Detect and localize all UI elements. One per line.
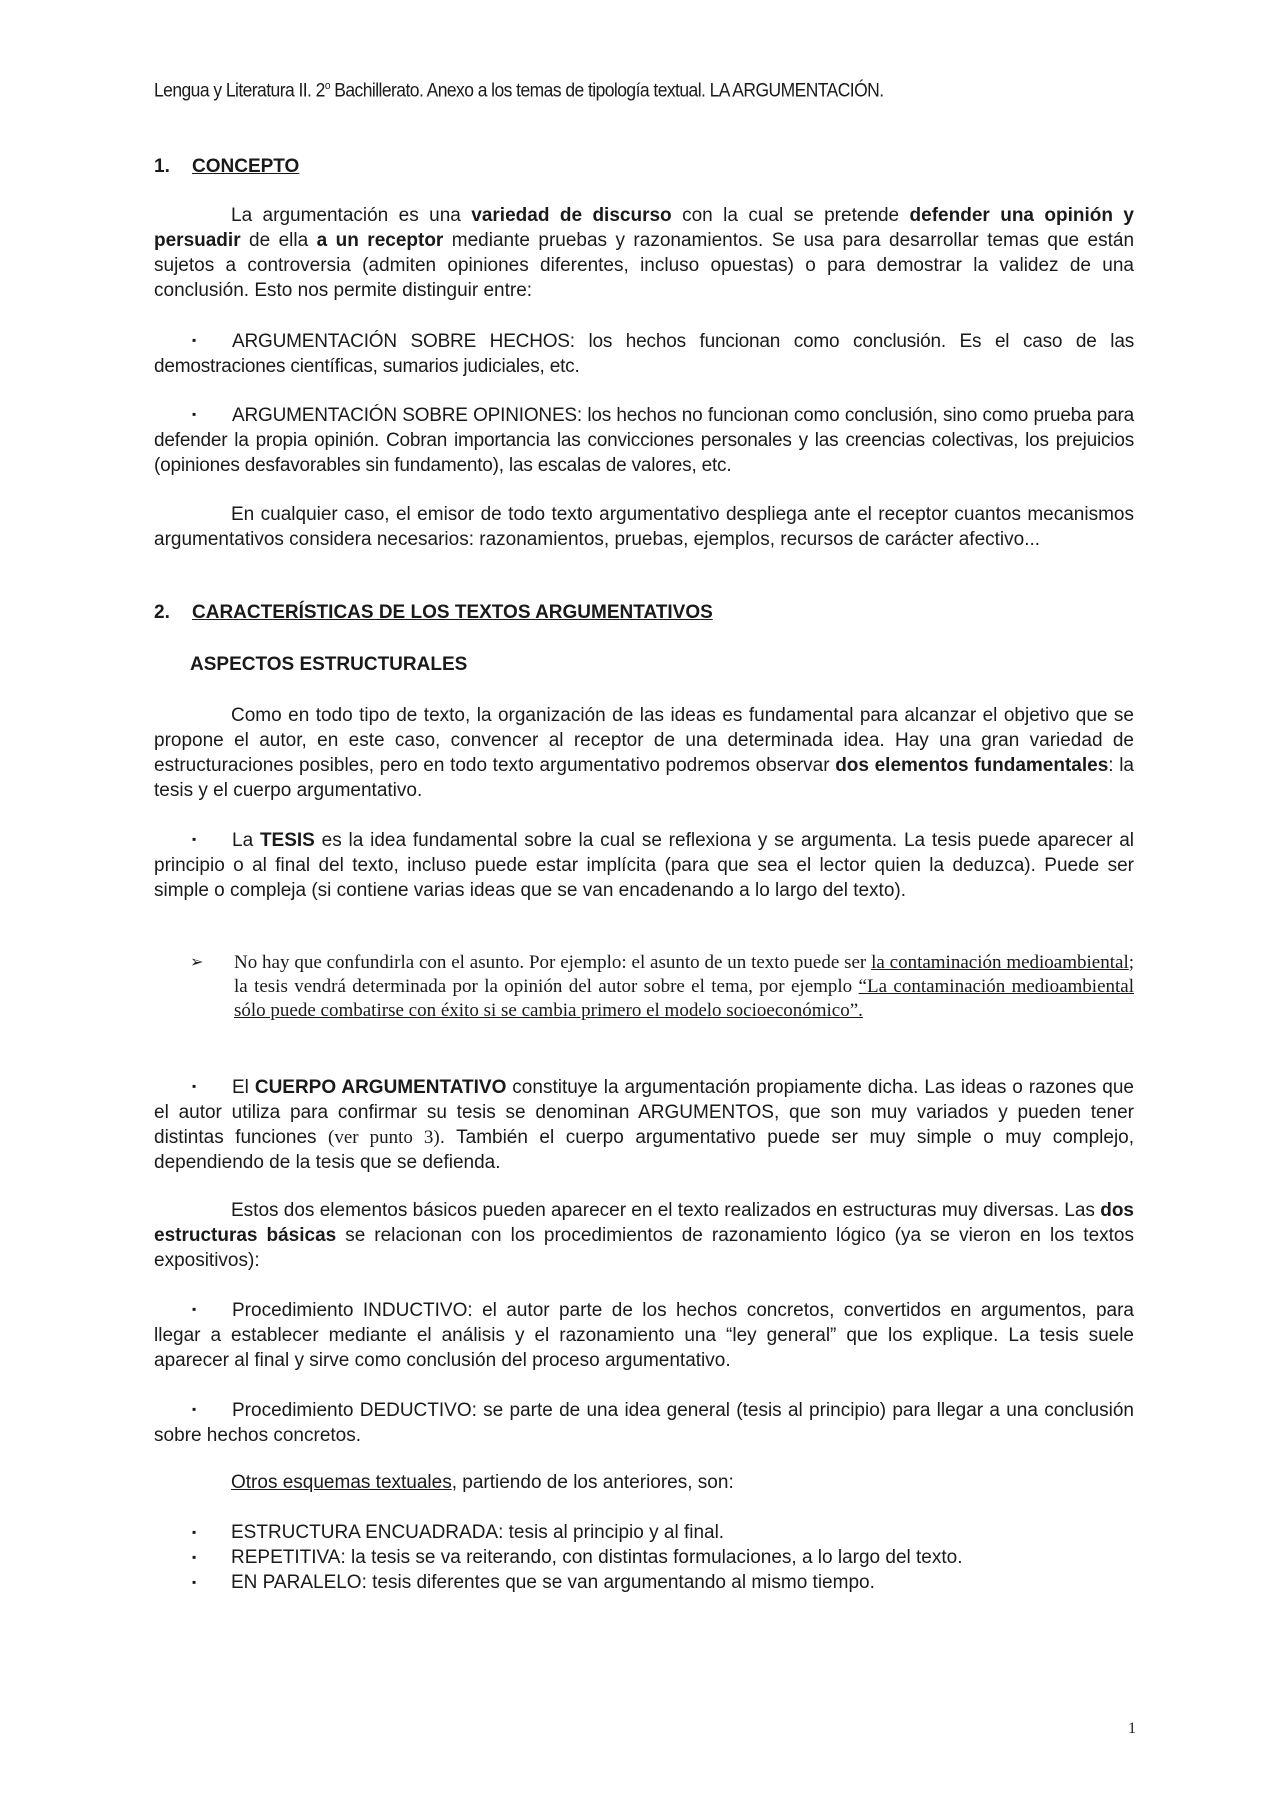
square-bullet-icon: ▪ <box>154 1074 232 1099</box>
estructuras-paragraph: Estos dos elementos básicos pueden apare… <box>154 1198 1134 1273</box>
text: de ella <box>241 230 317 251</box>
list-item: ▪EN PARALELO: tesis diferentes que se va… <box>154 1570 1134 1595</box>
square-bullet-icon: ▪ <box>154 402 232 427</box>
section-2-intro: Como en todo tipo de texto, la organizac… <box>154 703 1134 803</box>
arrow-bullet-icon: ➢ <box>190 951 203 975</box>
bullet-hechos: ▪ARGUMENTACIÓN SOBRE HECHOS: los hechos … <box>154 328 1134 379</box>
square-bullet-icon: ▪ <box>154 328 232 353</box>
bold-text: variedad de discurso <box>471 205 671 226</box>
section-1-closing: En cualquier caso, el emisor de todo tex… <box>154 502 1134 552</box>
text: La <box>232 830 260 851</box>
esquemas-list: ▪ESTRUCTURA ENCUADRADA: tesis al princip… <box>154 1520 1134 1595</box>
underlined-text: Otros esquemas textuales <box>231 1472 452 1493</box>
header-text: Lengua y Literatura II. 2 <box>154 80 325 101</box>
square-bullet-icon: ▪ <box>154 827 232 852</box>
text: , partiendo de los anteriores, son: <box>452 1472 734 1493</box>
section-number: 2. <box>154 600 192 625</box>
text: Estos dos elementos básicos pueden apare… <box>231 1200 1100 1221</box>
bullet-text: Procedimiento DEDUCTIVO: se parte de una… <box>154 1400 1134 1446</box>
header-text-rest: Bachillerato. Anexo a los temas de tipol… <box>330 80 884 101</box>
bold-text: CUERPO ARGUMENTATIVO <box>255 1077 507 1098</box>
bullet-deductivo: ▪Procedimiento DEDUCTIVO: se parte de un… <box>154 1397 1134 1448</box>
square-bullet-icon: ▪ <box>192 1520 196 1545</box>
text: El <box>232 1077 255 1098</box>
bullet-opiniones: ▪ARGUMENTACIÓN SOBRE OPINIONES: los hech… <box>154 402 1134 478</box>
cross-reference: (ver punto 3) <box>328 1127 440 1148</box>
bullet-inductivo: ▪Procedimiento INDUCTIVO: el autor parte… <box>154 1297 1134 1373</box>
page-number: 1 <box>1128 1720 1136 1738</box>
otros-esquemas-intro: Otros esquemas textuales, partiendo de l… <box>154 1470 1134 1495</box>
square-bullet-icon: ▪ <box>192 1545 196 1570</box>
bold-text: a un receptor <box>317 230 444 251</box>
bullet-tesis: ▪La TESIS es la idea fundamental sobre l… <box>154 827 1134 903</box>
section-1-intro: La argumentación es una variedad de disc… <box>154 203 1134 303</box>
section-title: CARACTERÍSTICAS DE LOS TEXTOS ARGUMENTAT… <box>192 602 713 623</box>
running-header: Lengua y Literatura II. 2o Bachillerato.… <box>154 80 884 102</box>
list-item: ▪REPETITIVA: la tesis se va reiterando, … <box>154 1545 1134 1570</box>
text: No hay que confundirla con el asunto. Po… <box>234 952 871 973</box>
bullet-cuerpo: ▪El CUERPO ARGUMENTATIVO constituye la a… <box>154 1074 1134 1175</box>
section-2-heading: 2.CARACTERÍSTICAS DE LOS TEXTOS ARGUMENT… <box>154 600 1134 625</box>
note-asunto: ➢No hay que confundirla con el asunto. P… <box>234 951 1134 1023</box>
bullet-text: Procedimiento INDUCTIVO: el autor parte … <box>154 1300 1134 1371</box>
bullet-text: ARGUMENTACIÓN SOBRE HECHOS: los hechos f… <box>154 331 1134 377</box>
list-item: ▪ESTRUCTURA ENCUADRADA: tesis al princip… <box>154 1520 1134 1545</box>
text: La argumentación es una <box>231 205 471 226</box>
subsection-heading: ASPECTOS ESTRUCTURALES <box>154 652 1170 677</box>
section-number: 1. <box>154 154 192 179</box>
underlined-text: la contaminación medioambiental <box>871 952 1129 973</box>
square-bullet-icon: ▪ <box>154 1297 232 1322</box>
list-item-text: ESTRUCTURA ENCUADRADA: tesis al principi… <box>231 1522 724 1543</box>
bold-text: dos elementos fundamentales <box>835 755 1108 776</box>
list-item-text: REPETITIVA: la tesis se va reiterando, c… <box>231 1547 963 1568</box>
section-1-heading: 1.CONCEPTO <box>154 154 1134 179</box>
section-title: CONCEPTO <box>192 156 299 177</box>
text: con la cual se pretende <box>672 205 910 226</box>
bold-text: TESIS <box>260 830 315 851</box>
list-item-text: EN PARALELO: tesis diferentes que se van… <box>231 1572 875 1593</box>
bullet-text: ARGUMENTACIÓN SOBRE OPINIONES: los hecho… <box>154 405 1134 476</box>
square-bullet-icon: ▪ <box>154 1397 232 1422</box>
square-bullet-icon: ▪ <box>192 1570 196 1595</box>
